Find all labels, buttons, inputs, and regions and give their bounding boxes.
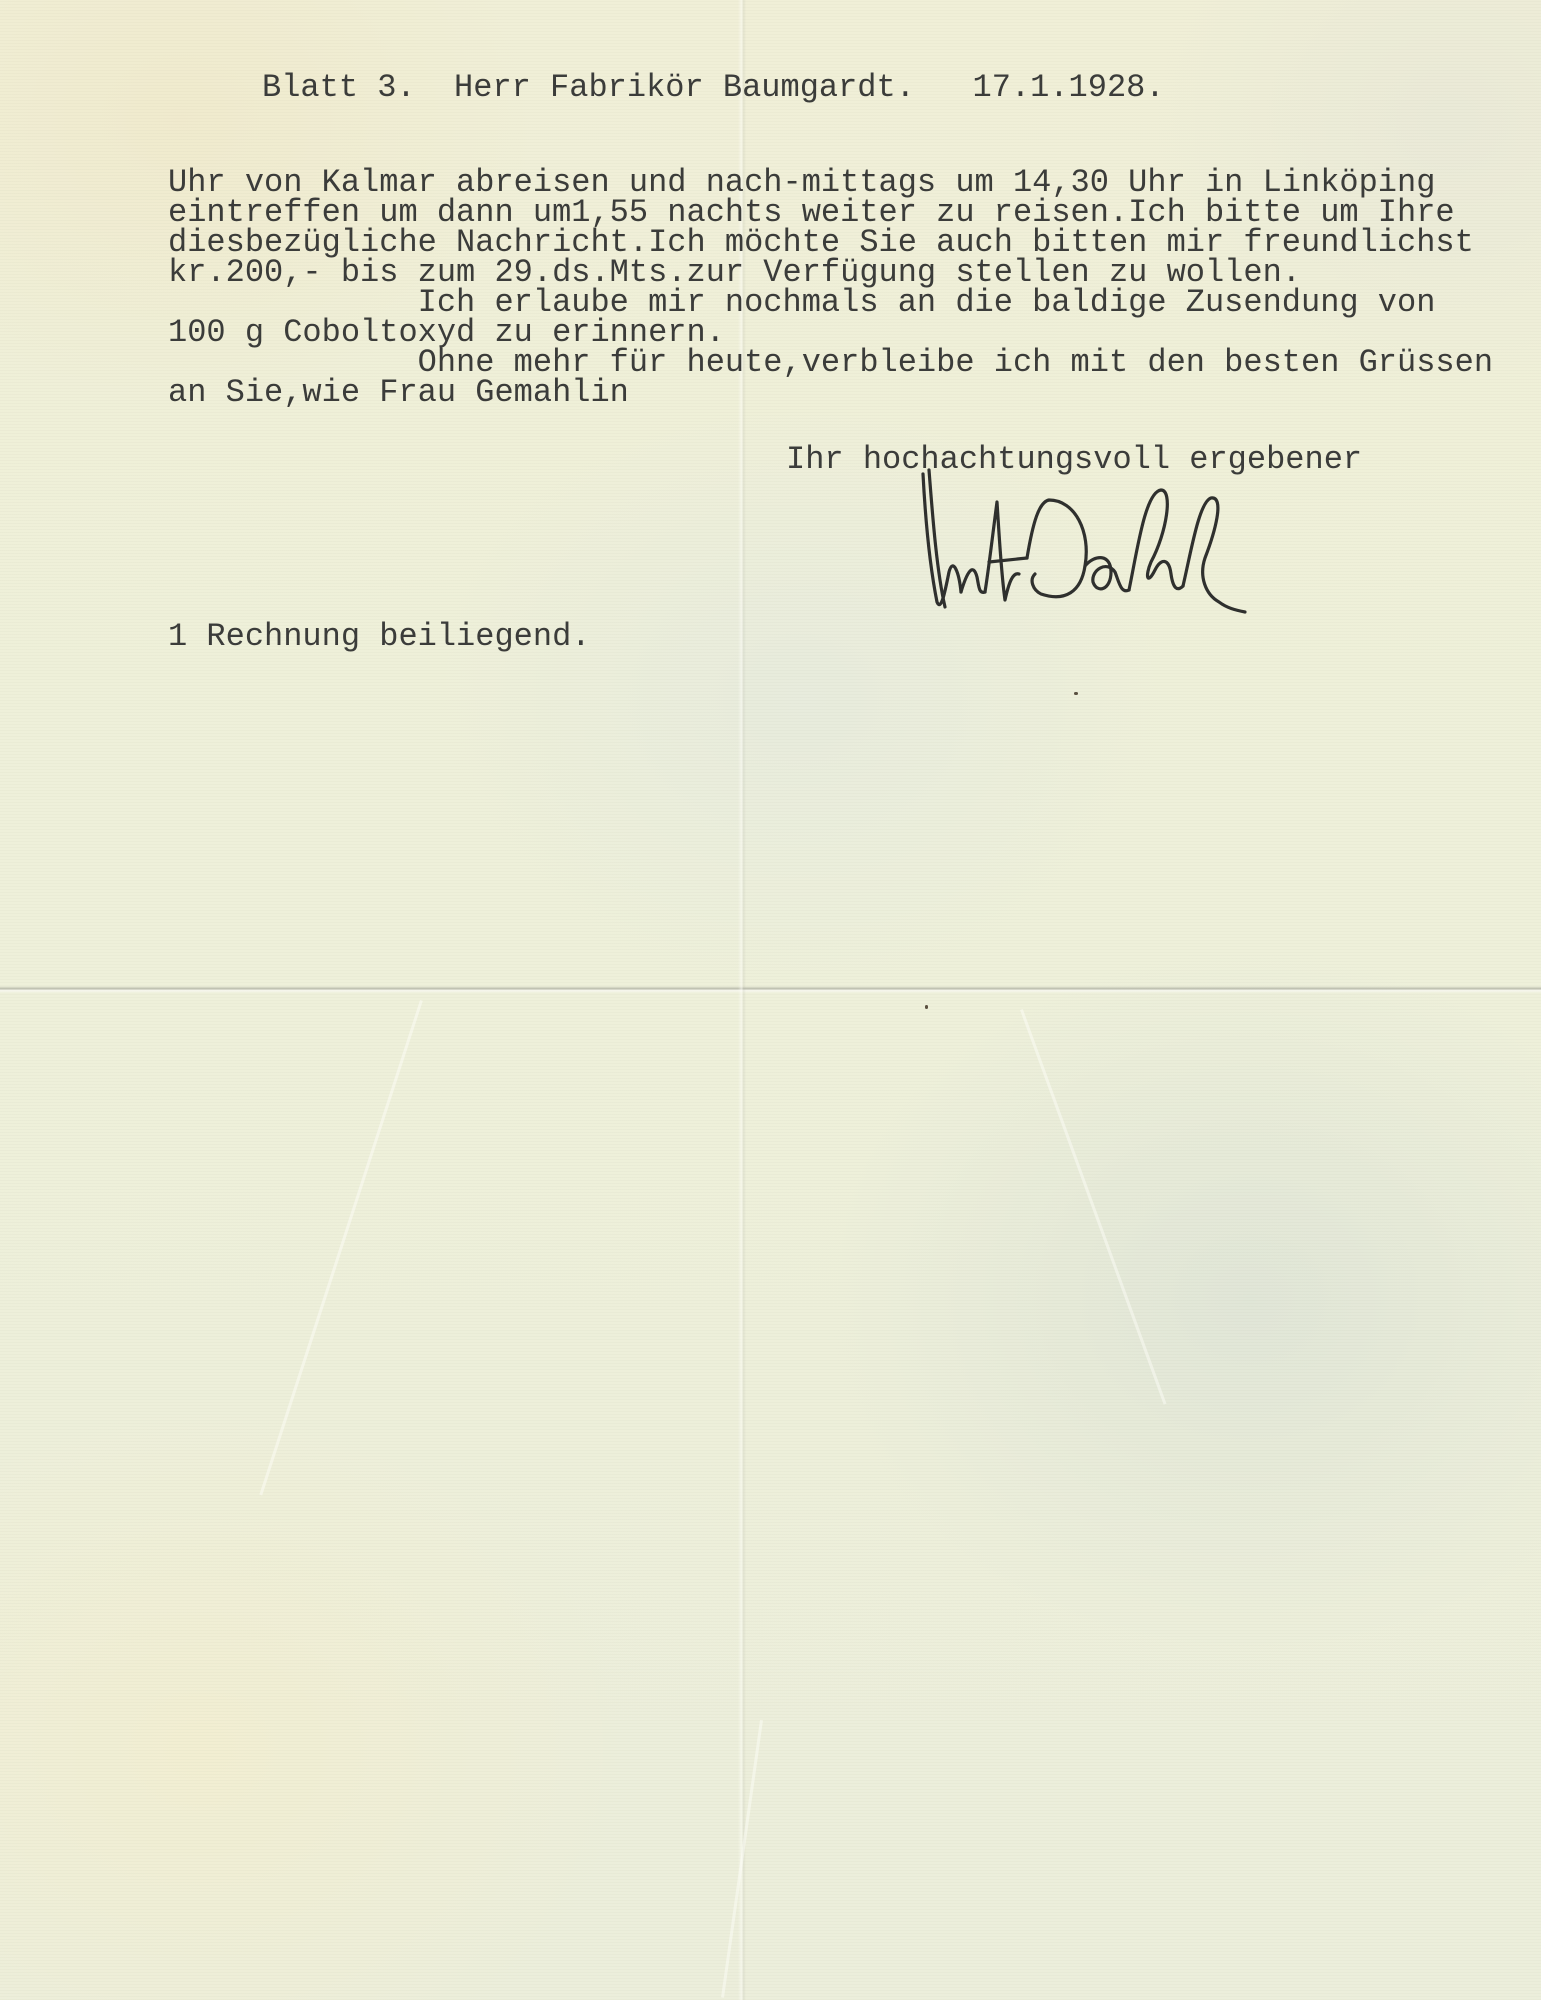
letter-header: Blatt 3. Herr Fabrikör Baumgardt. 17.1.1… bbox=[262, 73, 1165, 103]
paper-crease bbox=[259, 1000, 423, 1495]
paper-crease bbox=[1020, 1009, 1166, 1405]
horizontal-fold-line bbox=[0, 986, 1541, 993]
handwritten-signature bbox=[915, 462, 1265, 622]
paper-speck bbox=[1074, 692, 1078, 695]
body-line-8: an Sie,wie Frau Gemahlin bbox=[168, 378, 629, 408]
paper-speck bbox=[925, 1005, 928, 1009]
letter-page: Blatt 3. Herr Fabrikör Baumgardt. 17.1.1… bbox=[0, 0, 1541, 2000]
enclosure-note: 1 Rechnung beiliegend. bbox=[168, 622, 590, 652]
